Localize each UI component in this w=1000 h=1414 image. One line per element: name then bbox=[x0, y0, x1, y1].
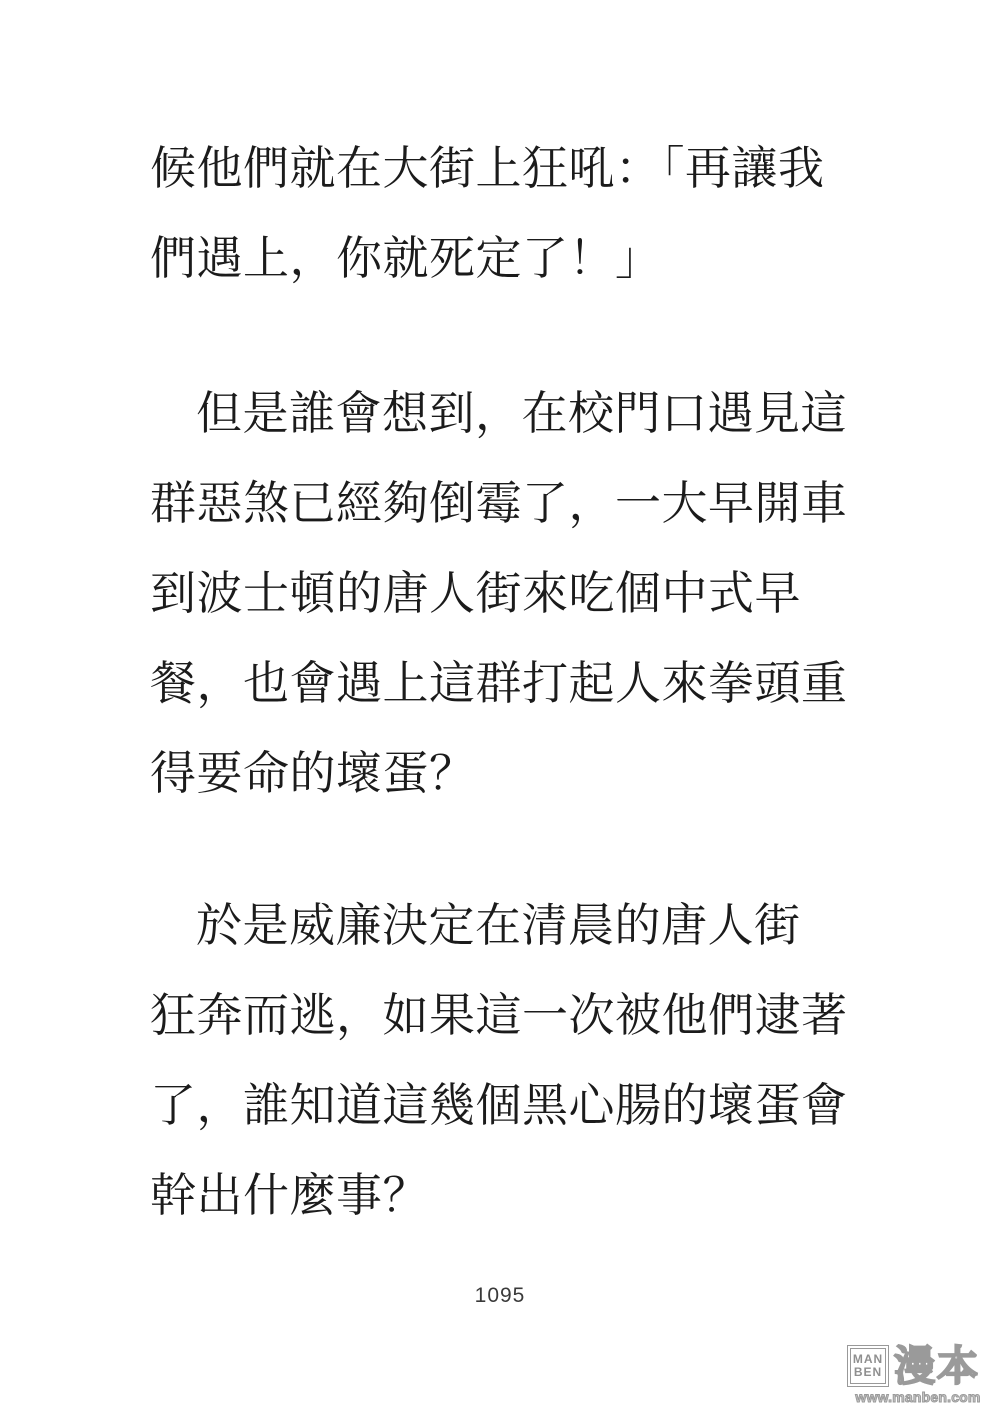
manben-logo-icon: MAN BEN bbox=[847, 1345, 889, 1387]
logo-text-ben: BEN bbox=[854, 1366, 882, 1379]
text-line: 餐，也會遇上這群打起人來拳頭重 bbox=[150, 638, 866, 728]
watermark-cjk-title: 漫本 bbox=[894, 1345, 980, 1387]
text-line: 幹出什麼事？ bbox=[150, 1150, 866, 1240]
text-line: 們遇上，你就死定了！」 bbox=[150, 213, 866, 303]
manben-watermark: MAN BEN 漫本 www.manben.com bbox=[847, 1345, 989, 1405]
text-line: 候他們就在大街上狂吼：「再讓我 bbox=[150, 123, 866, 213]
ebook-page: 候他們就在大街上狂吼：「再讓我 們遇上，你就死定了！」 但是誰會想到，在校門口遇… bbox=[0, 0, 1000, 1414]
paragraph-3: 於是威廉決定在清晨的唐人街 狂奔而逃，如果這一次被他們逮著 了，誰知道這幾個黑心… bbox=[150, 880, 866, 1240]
paragraph-1: 候他們就在大街上狂吼：「再讓我 們遇上，你就死定了！」 bbox=[150, 123, 866, 303]
text-line: 於是威廉決定在清晨的唐人街 bbox=[150, 880, 866, 970]
watermark-logo-row: MAN BEN 漫本 bbox=[847, 1345, 989, 1387]
text-line: 群惡煞已經夠倒霉了，一大早開車 bbox=[150, 458, 866, 548]
page-number: 1095 bbox=[0, 1284, 1000, 1308]
paragraph-2: 但是誰會想到，在校門口遇見這 群惡煞已經夠倒霉了，一大早開車 到波士頓的唐人街來… bbox=[150, 368, 866, 818]
text-line: 了，誰知道這幾個黑心腸的壞蛋會 bbox=[150, 1060, 866, 1150]
watermark-url: www.manben.com bbox=[847, 1389, 989, 1405]
text-line: 得要命的壞蛋？ bbox=[150, 728, 866, 818]
text-line: 到波士頓的唐人街來吃個中式早 bbox=[150, 548, 866, 638]
text-line: 但是誰會想到，在校門口遇見這 bbox=[150, 368, 866, 458]
text-line: 狂奔而逃，如果這一次被他們逮著 bbox=[150, 970, 866, 1060]
text-block: 候他們就在大街上狂吼：「再讓我 們遇上，你就死定了！」 但是誰會想到，在校門口遇… bbox=[150, 123, 866, 1240]
